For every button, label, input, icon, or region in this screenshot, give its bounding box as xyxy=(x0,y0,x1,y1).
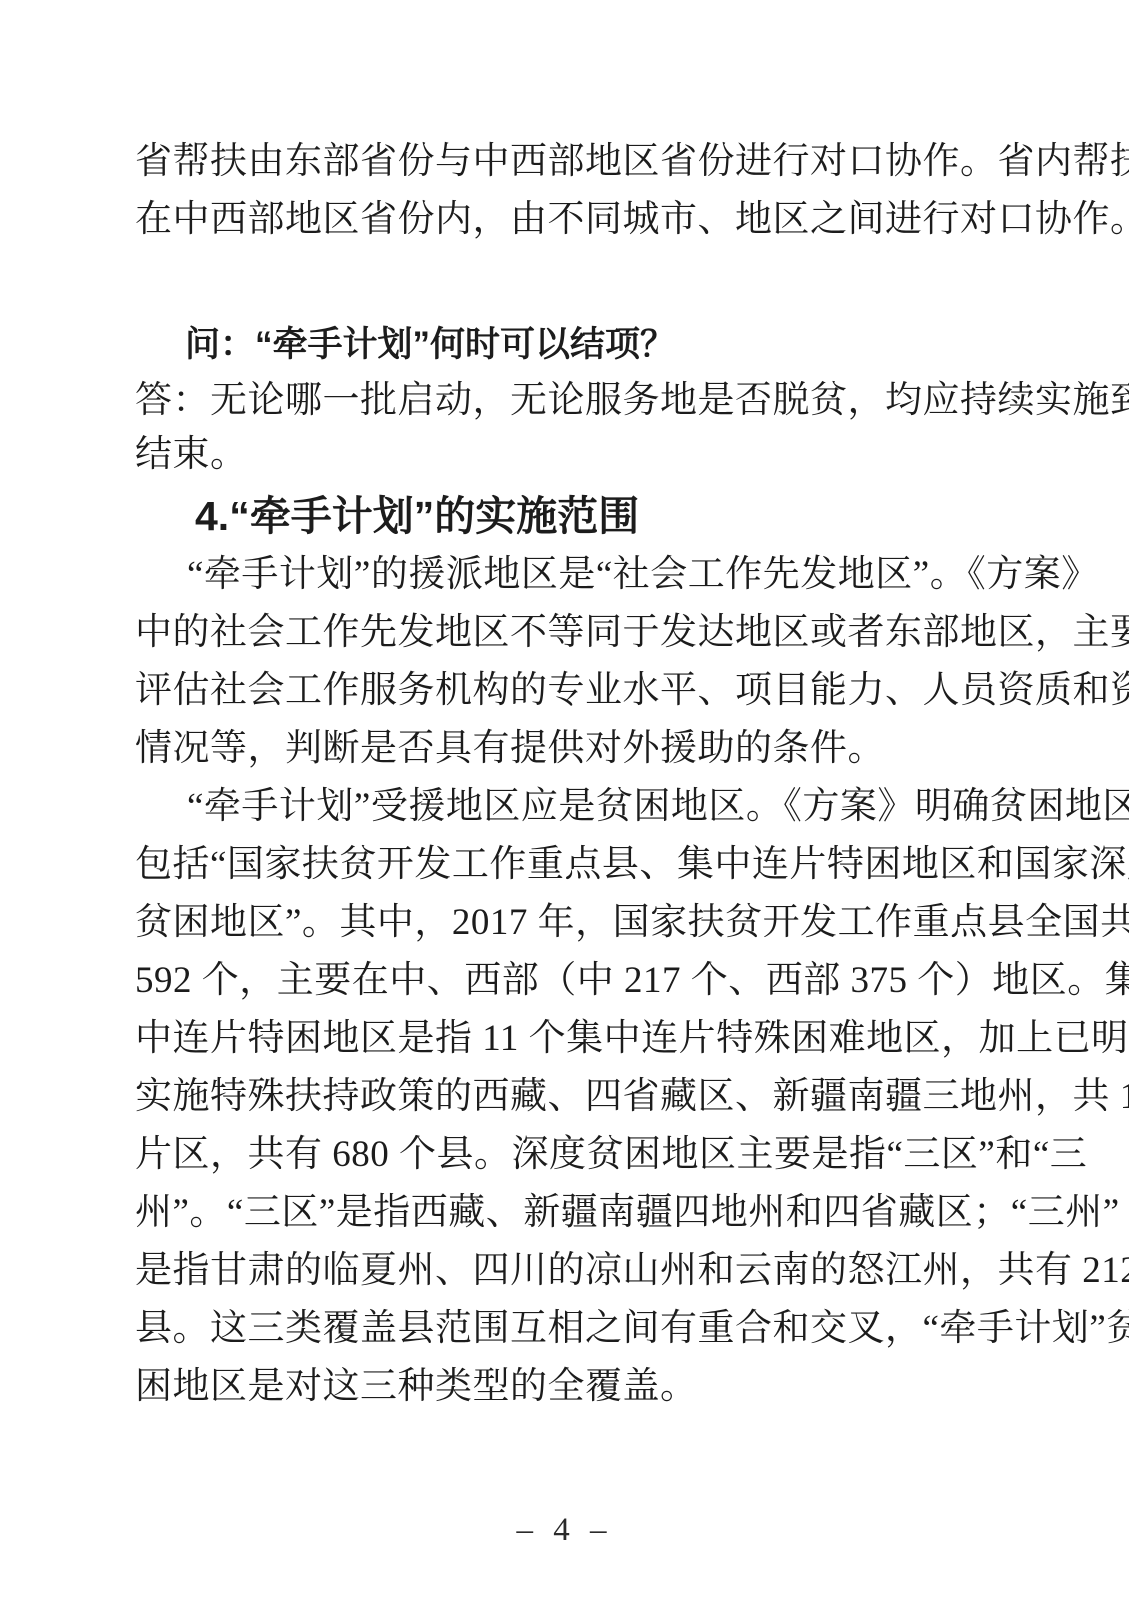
body-line: 在中西部地区省份内，由不同城市、地区之间进行对口协作。 xyxy=(135,191,993,249)
body-line: 中的社会工作先发地区不等同于发达地区或者东部地区，主要是 xyxy=(135,604,993,662)
question-heading: 问：“牵手计划”何时可以结项？ xyxy=(135,316,993,374)
page-body: 省帮扶由东部省份与中西部地区省份进行对口协作。省内帮扶是 在中西部地区省份内，由… xyxy=(135,133,993,1416)
body-line: 实施特殊扶持政策的西藏、四省藏区、新疆南疆三地州，共 14 个 xyxy=(135,1068,993,1126)
body-line: 中连片特困地区是指 11 个集中连片特殊困难地区，加上已明确 xyxy=(135,1010,993,1068)
body-line: 贫困地区”。其中，2017 年，国家扶贫开发工作重点县全国共有 xyxy=(135,894,993,952)
body-line: 片区，共有 680 个县。深度贫困地区主要是指“三区”和“三 xyxy=(135,1126,993,1184)
body-line: 答：无论哪一批启动，无论服务地是否脱贫，均应持续实施到 2020 年 xyxy=(135,374,993,428)
document-page: 省帮扶由东部省份与中西部地区省份进行对口协作。省内帮扶是 在中西部地区省份内，由… xyxy=(0,0,1129,1600)
body-line: 592 个，主要在中、西部（中 217 个、西部 375 个）地区。集 xyxy=(135,952,993,1010)
section-heading: 4.“牵手计划”的实施范围 xyxy=(135,486,993,546)
body-line: 省帮扶由东部省份与中西部地区省份进行对口协作。省内帮扶是 xyxy=(135,133,993,191)
section-paragraph-2: “牵手计划”受援地区应是贫困地区。《方案》明确贫困地区 包括“国家扶贫开发工作重… xyxy=(135,778,993,1416)
body-line: 包括“国家扶贫开发工作重点县、集中连片特困地区和国家深度 xyxy=(135,836,993,894)
section-paragraph-1: “牵手计划”的援派地区是“社会工作先发地区”。《方案》 中的社会工作先发地区不等… xyxy=(135,546,993,778)
body-line: 州”。“三区”是指西藏、新疆南疆四地州和四省藏区；“三州” xyxy=(135,1184,993,1242)
body-line: “牵手计划”的援派地区是“社会工作先发地区”。《方案》 xyxy=(135,546,993,604)
body-line: 县。这三类覆盖县范围互相之间有重合和交叉，“牵手计划”贫 xyxy=(135,1300,993,1358)
body-line: 结束。 xyxy=(135,428,993,482)
continuation-paragraph: 省帮扶由东部省份与中西部地区省份进行对口协作。省内帮扶是 在中西部地区省份内，由… xyxy=(135,133,993,249)
body-line: “牵手计划”受援地区应是贫困地区。《方案》明确贫困地区 xyxy=(135,778,993,836)
body-line: 困地区是对这三种类型的全覆盖。 xyxy=(135,1358,993,1416)
answer-paragraph: 答：无论哪一批启动，无论服务地是否脱贫，均应持续实施到 2020 年 结束。 xyxy=(135,374,993,482)
page-number: – 4 – xyxy=(0,1505,1129,1555)
body-line: 是指甘肃的临夏州、四川的凉山州和云南的怒江州，共有 212 个 xyxy=(135,1242,993,1300)
body-line: 评估社会工作服务机构的专业水平、项目能力、人员资质和资金 xyxy=(135,662,993,720)
body-line: 情况等，判断是否具有提供对外援助的条件。 xyxy=(135,720,993,778)
